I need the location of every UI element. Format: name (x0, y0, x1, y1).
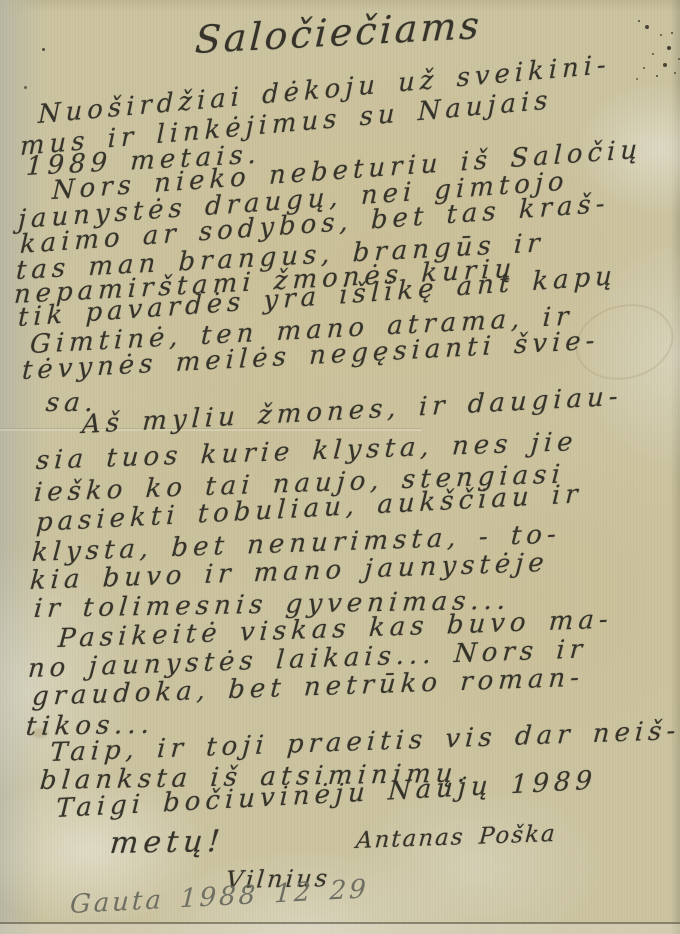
ink-speck (42, 48, 45, 51)
signature-line: Antanas Poška (355, 821, 558, 854)
ink-speckles (638, 20, 640, 22)
letter-line: metų! (108, 824, 226, 861)
received-note: Gauta 1988 12 29 (69, 874, 369, 920)
letter-title: Saločiečiams (194, 3, 483, 62)
sheet-bottom-edge (0, 922, 680, 934)
letter-scan: SaločiečiamsNuoširdžiai dėkoju už sveiki… (0, 0, 680, 934)
